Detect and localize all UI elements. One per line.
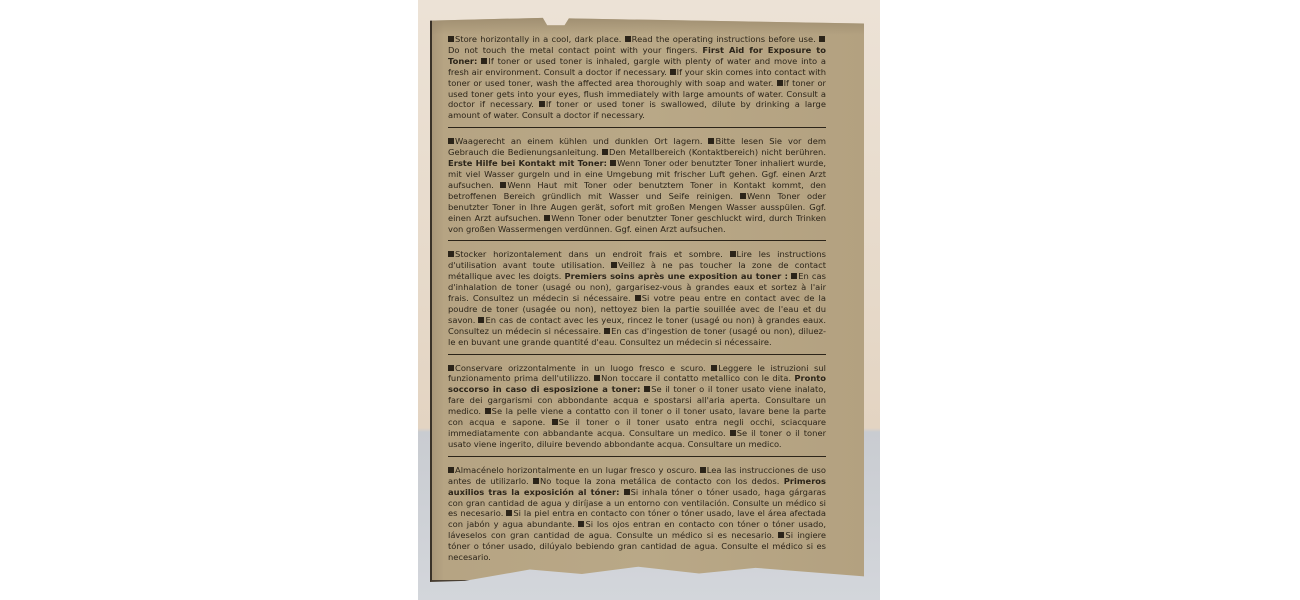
instruction-section-italian: Conservare orizzontalmente in un luogo f… xyxy=(448,354,826,456)
square-bullet-icon xyxy=(711,365,717,371)
instruction-sentence: No toque la zona metálica de contacto co… xyxy=(540,476,784,486)
square-bullet-icon xyxy=(544,215,550,221)
square-bullet-icon xyxy=(578,521,584,527)
square-bullet-icon xyxy=(777,80,783,86)
instruction-text: Almacénelo horizontalmente en un lugar f… xyxy=(448,465,826,563)
instruction-sentence: Read the operating instructions before u… xyxy=(632,34,819,44)
square-bullet-icon xyxy=(610,160,616,166)
instruction-section-spanish: Almacénelo horizontalmente en un lugar f… xyxy=(448,456,826,569)
square-bullet-icon xyxy=(635,295,641,301)
square-bullet-icon xyxy=(594,375,600,381)
instruction-text: Conservare orizzontalmente in un luogo f… xyxy=(448,363,826,450)
square-bullet-icon xyxy=(448,138,454,144)
square-bullet-icon xyxy=(539,101,545,107)
first-aid-heading: Premiers soins après une exposition au t… xyxy=(565,271,792,281)
instruction-sentence: Den Metallbereich (Kontaktbereich) nicht… xyxy=(609,147,826,157)
instruction-text: Waagerecht an einem kühlen und dunklen O… xyxy=(448,136,826,234)
square-bullet-icon xyxy=(478,317,484,323)
square-bullet-icon xyxy=(819,36,825,42)
square-bullet-icon xyxy=(700,467,706,473)
square-bullet-icon xyxy=(500,182,506,188)
square-bullet-icon xyxy=(644,386,650,392)
instruction-section-german: Waagerecht an einem kühlen und dunklen O… xyxy=(448,127,826,240)
square-bullet-icon xyxy=(730,251,736,257)
instruction-sentence: Do not touch the metal contact point wit… xyxy=(448,45,702,55)
square-bullet-icon xyxy=(533,478,539,484)
instruction-sentence: Conservare orizzontalmente in un luogo f… xyxy=(455,363,711,373)
square-bullet-icon xyxy=(730,430,736,436)
safety-instructions: Store horizontally in a cool, dark place… xyxy=(448,34,826,569)
instruction-text: Store horizontally in a cool, dark place… xyxy=(448,34,826,121)
square-bullet-icon xyxy=(485,408,491,414)
square-bullet-icon xyxy=(506,510,512,516)
square-bullet-icon xyxy=(552,419,558,425)
square-bullet-icon xyxy=(611,262,617,268)
instruction-sentence: Almacénelo horizontalmente en un lugar f… xyxy=(455,465,700,475)
instruction-sentence: Waagerecht an einem kühlen und dunklen O… xyxy=(455,136,708,146)
square-bullet-icon xyxy=(448,467,454,473)
photo: Store horizontally in a cool, dark place… xyxy=(418,0,880,600)
square-bullet-icon xyxy=(624,489,630,495)
square-bullet-icon xyxy=(670,69,676,75)
instruction-section-french: Stocker horizontalement dans un endroit … xyxy=(448,240,826,353)
square-bullet-icon xyxy=(778,532,784,538)
square-bullet-icon xyxy=(708,138,714,144)
square-bullet-icon xyxy=(448,36,454,42)
square-bullet-icon xyxy=(448,251,454,257)
square-bullet-icon xyxy=(740,193,746,199)
instruction-text: Stocker horizontalement dans un endroit … xyxy=(448,249,826,347)
instruction-sentence: Non toccare il contatto metallico con le… xyxy=(601,373,794,383)
square-bullet-icon xyxy=(625,36,631,42)
square-bullet-icon xyxy=(604,328,610,334)
square-bullet-icon xyxy=(481,58,487,64)
square-bullet-icon xyxy=(448,365,454,371)
square-bullet-icon xyxy=(602,149,608,155)
instruction-sentence: Store horizontally in a cool, dark place… xyxy=(455,34,625,44)
first-aid-heading: Erste Hilfe bei Kontakt mit Toner: xyxy=(448,158,610,168)
instruction-sentence: Stocker horizontalement dans un endroit … xyxy=(455,249,730,259)
square-bullet-icon xyxy=(791,273,797,279)
instruction-section-english: Store horizontally in a cool, dark place… xyxy=(448,34,826,127)
